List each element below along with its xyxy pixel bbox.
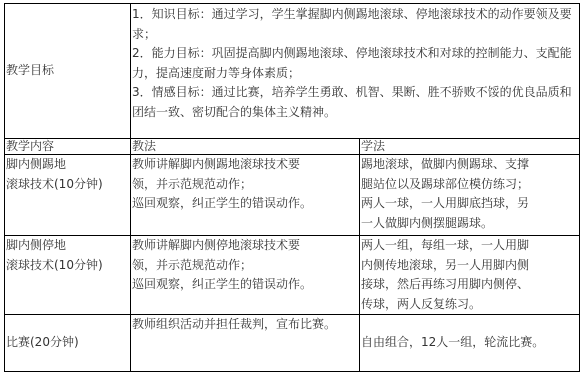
goal-knowledge: 1．知识目标：通过学习，学生掌握脚内侧踢地滚球、停地滚球技术的动作要领及要求； <box>132 5 579 44</box>
learning-line: 两人一球，一人用脚底挡球，另 <box>361 194 579 214</box>
teaching-line: 巡回观察，纠正学生的错误动作。 <box>132 194 359 214</box>
content-line: 滚球技术(10分钟) <box>6 175 130 195</box>
table-row: 脚内侧踢地 滚球技术(10分钟) 教师讲解脚内侧踢地滚球技术要 领，并示范规范动… <box>5 155 580 236</box>
goals-row: 教学目标 1．知识目标：通过学习，学生掌握脚内侧踢地滚球、停地滚球技术的动作要领… <box>5 4 580 139</box>
header-content: 教学内容 <box>5 139 131 155</box>
teaching-cell: 教师讲解脚内侧停地滚球技术要 领，并示范规范动作； 巡回观察，纠正学生的错误动作… <box>131 236 360 315</box>
content-line: 脚内侧踢地 <box>6 155 130 175</box>
content-line: 滚球技术(10分钟) <box>6 256 130 276</box>
content-cell: 脚内侧踢地 滚球技术(10分钟) <box>5 155 131 236</box>
teaching-line: 教师组织活动并担任裁判，宣布比赛。 <box>132 315 359 335</box>
learning-line: 接球，然后再练习用脚内侧停、 <box>361 275 579 295</box>
table-row: 脚内侧停地 滚球技术(10分钟) 教师讲解脚内侧停地滚球技术要 领，并示范规范动… <box>5 236 580 315</box>
teaching-line: 教师讲解脚内侧停地滚球技术要 <box>132 236 359 256</box>
goals-label: 教学目标 <box>5 4 131 139</box>
table-row: 比赛(20分钟) 教师组织活动并担任裁判，宣布比赛。 自由组合，12人一组，轮流… <box>5 315 580 372</box>
goal-emotion: 3．情感目标：通过比赛，培养学生勇敢、机智、果断、胜不骄败不馁的优良品质和团结一… <box>132 83 579 122</box>
teaching-cell: 教师组织活动并担任裁判，宣布比赛。 <box>131 315 360 372</box>
learning-line: 一人做脚内侧摆腿踢球。 <box>361 214 579 234</box>
content-line: 比赛(20分钟) <box>6 333 130 353</box>
header-teaching-method: 教法 <box>131 139 360 155</box>
learning-line: 两人一组，每组一球，一人用脚 <box>361 236 579 256</box>
content-cell: 比赛(20分钟) <box>5 315 131 372</box>
goal-ability: 2．能力目标：巩固提高脚内侧踢地滚球、停地滚球技术和对球的控制能力、支配能力，提… <box>132 44 579 83</box>
goals-content: 1．知识目标：通过学习，学生掌握脚内侧踢地滚球、停地滚球技术的动作要领及要求； … <box>131 4 580 139</box>
header-row: 教学内容 教法 学法 <box>5 139 580 155</box>
learning-line: 内侧传地滚球，另一人用脚内侧 <box>361 256 579 276</box>
teaching-line: 教师讲解脚内侧踢地滚球技术要 <box>132 155 359 175</box>
teaching-cell: 教师讲解脚内侧踢地滚球技术要 领，并示范规范动作； 巡回观察，纠正学生的错误动作… <box>131 155 360 236</box>
learning-line: 传球，两人反复练习。 <box>361 295 579 315</box>
teaching-line: 巡回观察，纠正学生的错误动作。 <box>132 275 359 295</box>
header-learning-method: 学法 <box>360 139 580 155</box>
learning-line: 踢地滚球，做脚内侧踢球、支撑 <box>361 155 579 175</box>
teaching-line: 领，并示范规范动作； <box>132 256 359 276</box>
learning-line: 自由组合，12人一组，轮流比赛。 <box>361 333 579 353</box>
content-cell: 脚内侧停地 滚球技术(10分钟) <box>5 236 131 315</box>
learning-cell: 两人一组，每组一球，一人用脚 内侧传地滚球，另一人用脚内侧 接球，然后再练习用脚… <box>360 236 580 315</box>
content-line: 脚内侧停地 <box>6 236 130 256</box>
lesson-plan-table: 教学目标 1．知识目标：通过学习，学生掌握脚内侧踢地滚球、停地滚球技术的动作要领… <box>4 3 580 372</box>
learning-cell: 自由组合，12人一组，轮流比赛。 <box>360 315 580 372</box>
learning-line: 腿站位以及踢球部位模仿练习； <box>361 175 579 195</box>
learning-cell: 踢地滚球，做脚内侧踢球、支撑 腿站位以及踢球部位模仿练习； 两人一球，一人用脚底… <box>360 155 580 236</box>
teaching-line: 领，并示范规范动作； <box>132 175 359 195</box>
